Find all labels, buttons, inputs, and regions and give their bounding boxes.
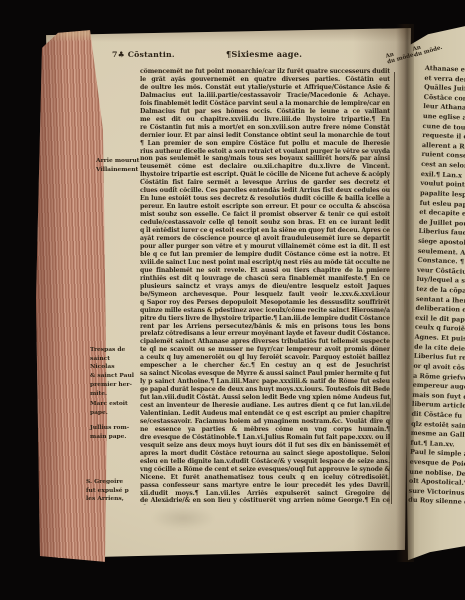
text-line: rent par les Arriens persecutez/bãnis & … xyxy=(140,323,390,331)
text-line: a ceulx q luy ameneroiẽt ou ql luy feroi… xyxy=(140,354,390,362)
text-line: ge papal durãt lespace de deux ans huyt … xyxy=(140,386,390,394)
text-line: teusemẽt cõme est declaire ou.xii.chapit… xyxy=(140,163,390,171)
text-line: prelatz cõtredisans a leur erreur moyẽna… xyxy=(140,330,390,338)
text-line: dernier iour. Et par ainsi ledit Constan… xyxy=(140,132,390,140)
text-line: Cõstãtin fist faire sermẽt a levesque Ar… xyxy=(140,179,390,187)
text-line: re Cõstantin fut mis a mort/et en son.xv… xyxy=(140,124,390,132)
folio-header: 7♣ Cõstantin. xyxy=(112,50,175,59)
text-line: ble q ce fut lan premier de lempire dudi… xyxy=(140,251,390,259)
margin-note-arius-death: Arrie mourut Villainement xyxy=(96,157,142,174)
text-line: ¶ Lan premier de son empire Cõstãce fut … xyxy=(140,140,390,148)
text-line: be/Symeon archevesque. Pour lesquelz fau… xyxy=(140,291,390,299)
text-line: ne essence ya parties & mẽbres cõme en v… xyxy=(140,426,390,434)
text-line: de oultre les mõs. Constãt eut ytalie/ys… xyxy=(140,84,390,92)
text-line: Valentinian. Ledit Audeus mal entendãt c… xyxy=(140,410,390,418)
margin-note-nicolas-paul: Trespas de sainct Nicolas & sainct Paul … xyxy=(90,346,136,398)
text-line: pitre du tiers livre de lhystoire tripar… xyxy=(140,315,390,323)
text-line: fois finablemẽt ledit Cõstãce parvint se… xyxy=(140,100,390,108)
text-line: que finablemẽt ne soit revele. Et aussi … xyxy=(140,267,390,275)
text-line: le grãt ayãs gouvernemẽt en quatre diver… xyxy=(140,76,390,84)
text-line: me est dit ou chapitre.xxviii.du livre.i… xyxy=(140,116,390,124)
text-line: q Sapor roy des Perses depopuloit Mesopo… xyxy=(140,299,390,307)
text-line: cipalemẽt sainct Athanase apres diverses… xyxy=(140,338,390,346)
text-line: pour aller purger son vẽtre et y mourut … xyxy=(140,243,390,251)
text-line: te ql ne scavoit ou se musser ne fuyr/ca… xyxy=(140,346,390,354)
text-line: rinthiẽs est dit q louvrage de chascũ se… xyxy=(140,275,390,283)
text-line: se/cestassavoir. Faciamus hoiem ad ymagi… xyxy=(140,418,390,426)
text-line: xviii.de sainct Luc nest point mal escri… xyxy=(140,259,390,267)
text-line: Nicene. Et furẽt anathematisez tous ceul… xyxy=(140,474,390,482)
book-photo: 7♣ Cõstantin. ¶Sixiesme aage. An du mõde… xyxy=(0,0,465,600)
margin-note-julius-pope: Jullius rom- main pape. xyxy=(90,424,136,441)
text-line: vesquit seize ans deux moys huyt iours d… xyxy=(140,442,390,450)
main-text-block: cõmencemẽt ne fut point monarchie/car il… xyxy=(140,68,390,505)
text-line: En lune estoiẽt tous ses decretz & resol… xyxy=(140,195,390,203)
text-line: cedule/cestassavoir celle ql tenoit soub… xyxy=(140,219,390,227)
text-line: ayãt remors de cõscience pource ql avoit… xyxy=(140,235,390,243)
text-line: pereur. En lautre estoit escripte son er… xyxy=(140,203,390,211)
text-line: clues oudit cõcille. Ces parolles entend… xyxy=(140,187,390,195)
text-line: xii.dudit moys.¶ Lan.vii.les Arriẽs expu… xyxy=(140,490,390,498)
text-line: esleu en telle dignite lan.v.dudit Cõstã… xyxy=(140,458,390,466)
text-line: Dalmacius eut la.iiii.partie/cestassavoi… xyxy=(140,92,390,100)
margin-note-gregoire: S. Gregoire fut expulsé p les Arriens, xyxy=(86,478,132,504)
text-line: apres la mort dudit Cõstãce retourna au … xyxy=(140,450,390,458)
text-line: cõmencemẽt ne fut point monarchie/car il… xyxy=(140,68,390,76)
text-line: q il entẽdist iurer ce q estoit escript … xyxy=(140,227,390,235)
text-line: empescher a le chercher &c.¶ En cestuy a… xyxy=(140,362,390,370)
text-line: cest an inventeur de lheresie audiane. L… xyxy=(140,402,390,410)
text-line: rius autheur dicelle estoit a son retrai… xyxy=(140,148,390,156)
text-line: Dalmacius fut par ses hõmes occis. Cõstã… xyxy=(140,108,390,116)
paper-stain xyxy=(148,505,218,531)
text-line: fut lan.viii.dudit Cõstãt. Aussi selon l… xyxy=(140,394,390,402)
text-line: passa confesseur sans martyre entre le i… xyxy=(140,482,390,490)
text-line: mist soubz son esselle. Ce faict il prom… xyxy=(140,211,390,219)
text-line: non pas seulemẽt le sang/mais tous ses b… xyxy=(140,155,390,163)
text-line: sa sainct Nicolas evesque de Myrre & aus… xyxy=(140,370,390,378)
text-line: plusieurs sainctz et vrays amys de dieu/… xyxy=(140,283,390,291)
text-line: lhystoire tripartie est escript. Quãt le… xyxy=(140,171,390,179)
text-line: dre evesque de Cõstãtinoble.¶ Lan.vi.Jul… xyxy=(140,434,390,442)
text-line: vng cõcille a Rõme de cent et seize eves… xyxy=(140,466,390,474)
text-line: quinze mille estans & pdestinez avec ice… xyxy=(140,307,390,315)
page-title: ¶Sixiesme aage. xyxy=(226,49,302,59)
margin-note-marc-pope: Marc estoit pape. xyxy=(90,400,136,417)
text-line: ly p sainct Anthoine.¶ Lan.iiii.Marc pap… xyxy=(140,378,390,386)
